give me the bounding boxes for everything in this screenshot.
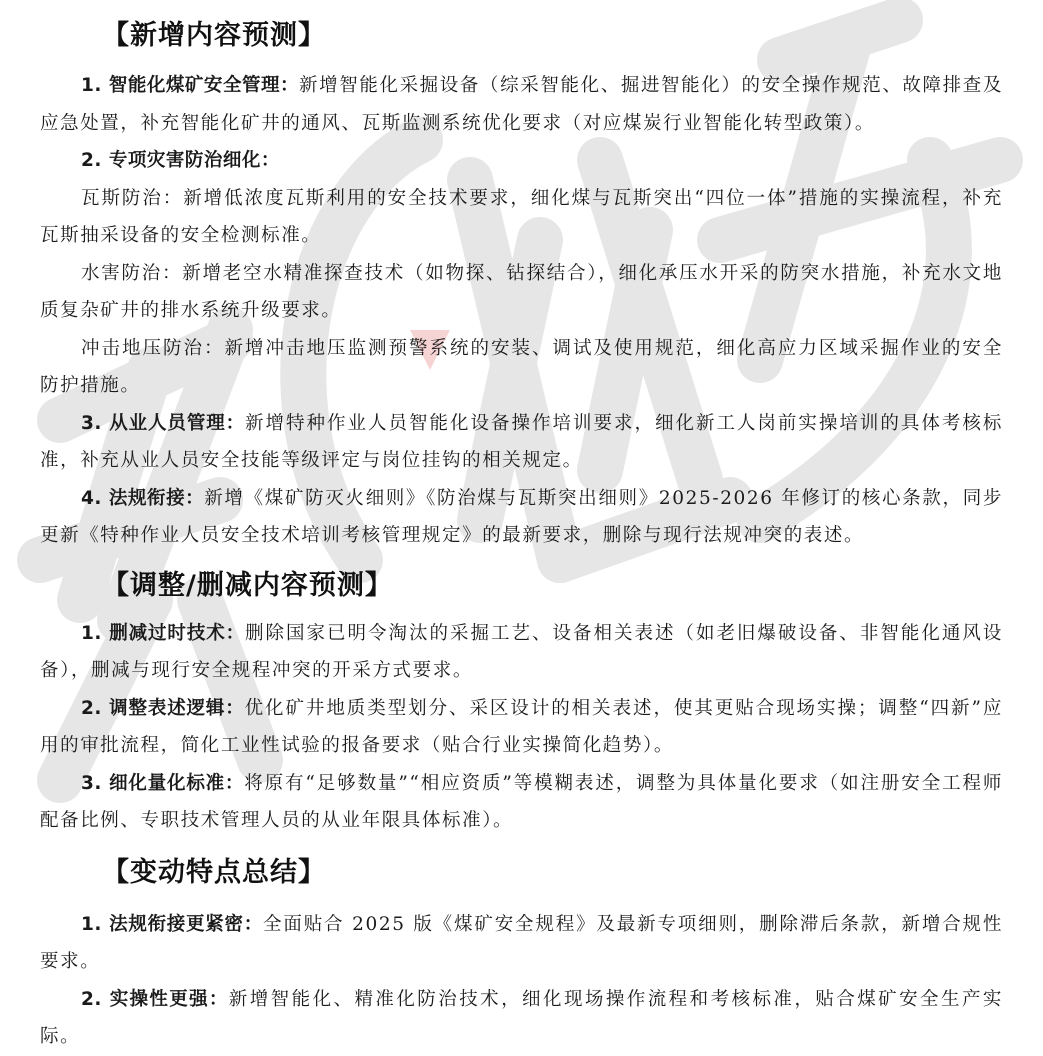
section-additions-body: 1. 智能化煤矿安全管理：新增智能化采掘设备（综采智能化、掘进智能化）的安全操作… bbox=[40, 67, 1003, 555]
paragraph-disaster-prevention: 2. 专项灾害防治细化： bbox=[40, 142, 1003, 180]
paragraph-lead: 2. 专项灾害防治细化： bbox=[81, 150, 280, 171]
section-adjustments-body: 1. 删减过时技术：删除国家已明令淘汰的采掘工艺、设备相关表述（如老旧爆破设备、… bbox=[40, 615, 1003, 840]
paragraph-rockburst-prevention: 冲击地压防治：新增冲击地压监测预警系统的安装、调试及使用规范，细化高应力区域采掘… bbox=[40, 330, 1003, 405]
paragraph-more-practical: 2. 实操性更强：新增智能化、精准化防治技术，细化现场操作流程和考核标准，贴合煤… bbox=[40, 981, 1003, 1056]
paragraph-adjust-logic: 2. 调整表述逻辑：优化矿井地质类型划分、采区设计的相关表述，使其更贴合现场实操… bbox=[40, 690, 1003, 765]
section-heading-additions: 【新增内容预测】 bbox=[40, 0, 1003, 57]
paragraph-remove-outdated: 1. 删减过时技术：删除国家已明令淘汰的采掘工艺、设备相关表述（如老旧爆破设备、… bbox=[40, 615, 1003, 690]
page-bottom-fade bbox=[0, 1046, 1043, 1056]
section-heading-adjustments: 【调整/删减内容预测】 bbox=[40, 567, 1003, 607]
paragraph-lead: 3. 从业人员管理： bbox=[81, 413, 245, 434]
section-summary-body: 1. 法规衔接更紧密：全面贴合 2025 版《煤矿安全规程》及最新专项细则，删除… bbox=[40, 906, 1003, 1056]
paragraph-water-prevention: 水害防治：新增老空水精准探查技术（如物探、钻探结合），细化承压水开采的防突水措施… bbox=[40, 255, 1003, 330]
paragraph-personnel-management: 3. 从业人员管理：新增特种作业人员智能化设备操作培训要求，细化新工人岗前实操培… bbox=[40, 405, 1003, 480]
paragraph-regulation-tighter: 1. 法规衔接更紧密：全面贴合 2025 版《煤矿安全规程》及最新专项细则，删除… bbox=[40, 906, 1003, 981]
paragraph-lead: 2. 实操性更强： bbox=[81, 989, 229, 1010]
paragraph-smart-mine-safety: 1. 智能化煤矿安全管理：新增智能化采掘设备（综采智能化、掘进智能化）的安全操作… bbox=[40, 67, 1003, 142]
paragraph-lead: 1. 删减过时技术： bbox=[81, 623, 245, 644]
paragraph-text: 冲击地压防治：新增冲击地压监测预警系统的安装、调试及使用规范，细化高应力区域采掘… bbox=[40, 338, 1003, 397]
section-heading-summary: 【变动特点总结】 bbox=[40, 854, 1003, 894]
paragraph-lead: 4. 法规衔接： bbox=[81, 488, 204, 509]
paragraph-text: 水害防治：新增老空水精准探查技术（如物探、钻探结合），细化承压水开采的防突水措施… bbox=[40, 263, 1003, 322]
paragraph-regulation-linkage: 4. 法规衔接：新增《煤矿防灭火细则》《防治煤与瓦斯突出细则》2025-2026… bbox=[40, 480, 1003, 555]
paragraph-lead: 3. 细化量化标准： bbox=[81, 773, 244, 794]
paragraph-lead: 1. 智能化煤矿安全管理： bbox=[81, 75, 299, 96]
paragraph-gas-prevention: 瓦斯防治：新增低浓度瓦斯利用的安全技术要求，细化煤与瓦斯突出“四位一体”措施的实… bbox=[40, 180, 1003, 255]
paragraph-quantify-standards: 3. 细化量化标准：将原有“足够数量”“相应资质”等模糊表述，调整为具体量化要求… bbox=[40, 765, 1003, 840]
paragraph-text: 瓦斯防治：新增低浓度瓦斯利用的安全技术要求，细化煤与瓦斯突出“四位一体”措施的实… bbox=[40, 188, 1003, 247]
paragraph-lead: 2. 调整表述逻辑： bbox=[81, 698, 245, 719]
document-page: 【新增内容预测】 1. 智能化煤矿安全管理：新增智能化采掘设备（综采智能化、掘进… bbox=[0, 0, 1043, 1056]
paragraph-lead: 1. 法规衔接更紧密： bbox=[81, 914, 263, 935]
